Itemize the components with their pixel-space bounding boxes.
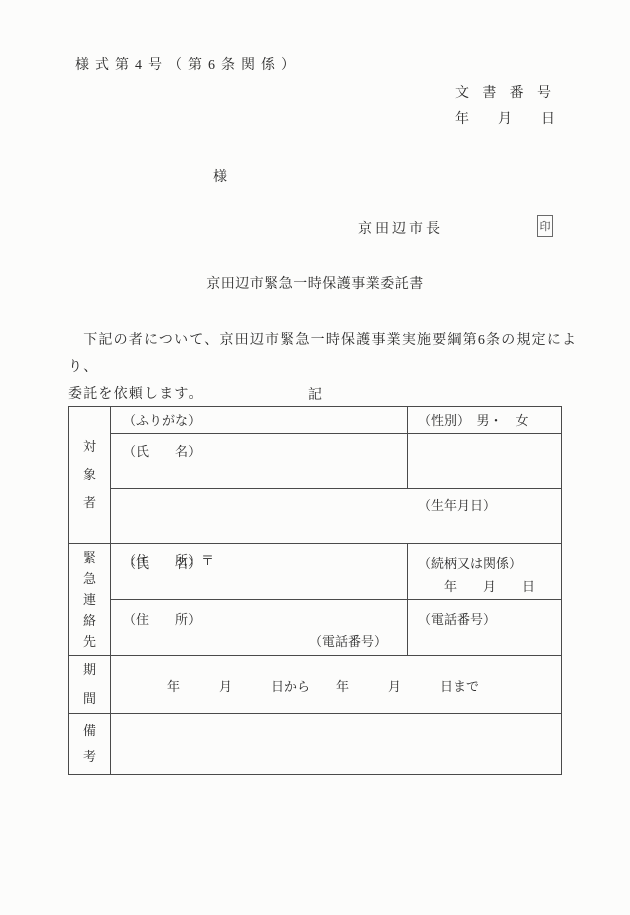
row-header-char: 緊 [83,551,96,565]
contact-address-cell: （住 所） [111,600,408,656]
row-header-subject: 対 象 者 [69,407,111,544]
doc-number-char: 書 [482,82,496,102]
form-number: 様式第4号（第6条関係） [75,54,301,74]
row-header-char: 急 [83,572,96,586]
sex-cell: （性別） 男・ 女 [408,407,561,434]
date-month-label: 月 [498,108,512,128]
row-header-char: 象 [83,468,96,482]
row-header-period: 期 間 [69,656,111,714]
sender-title: 京田辺市長 [358,218,443,238]
row-header-emergency-contact: 緊 急 連 絡 先 [69,544,111,656]
row-header-char: 者 [83,496,96,510]
row-header-char: 期 [83,663,96,677]
doc-number-line: 文 書 番 号 [455,82,551,102]
row-header-char: 絡 [83,614,96,628]
doc-number-char: 号 [537,82,551,102]
date-year-label: 年 [455,108,469,128]
doc-number-char: 番 [510,82,524,102]
ki-heading: 記 [0,384,630,404]
remarks-cell [111,714,561,774]
document-page: 様式第4号（第6条関係） 文 書 番 号 年 月 日 様 京田辺市長 印 京田辺… [0,0,630,915]
contact-name-cell: （氏 名） [111,544,408,600]
addressee-honorific: 様 [213,166,227,186]
period-cell: 年 月 日から 年 月 日まで [111,656,561,714]
subject-table: 対 象 者 （ふりがな） （性別） 男・ 女 （氏 名） （生年月日） 年 月 … [68,406,562,775]
birthdate-cell: （生年月日） 年 月 日 [408,434,561,489]
name-cell: （氏 名） [111,434,408,489]
row-header-char: 対 [83,440,96,454]
relation-cell: （続柄又は関係） [408,544,561,600]
seal-box: 印 [537,215,553,237]
furigana-cell: （ふりがな） [111,407,408,434]
row-header-char: 間 [83,692,96,706]
date-line: 年 月 日 [455,108,555,128]
contact-phone-cell: （電話番号） [408,600,561,656]
doc-number-char: 文 [455,82,469,102]
row-header-char: 備 [83,724,96,738]
row-header-char: 考 [83,750,96,764]
row-header-remarks: 備 考 [69,714,111,774]
document-title: 京田辺市緊急一時保護事業委託書 [0,273,630,293]
seal-mark: 印 [540,218,551,234]
body-line: 下記の者について、京田辺市緊急一時保護事業実施要綱第6条の規定により、 [68,327,600,381]
address-cell: （住 所）〒 （電話番号） [111,489,561,544]
row-header-char: 連 [83,593,96,607]
row-header-char: 先 [83,635,96,649]
date-day-label: 日 [541,108,555,128]
